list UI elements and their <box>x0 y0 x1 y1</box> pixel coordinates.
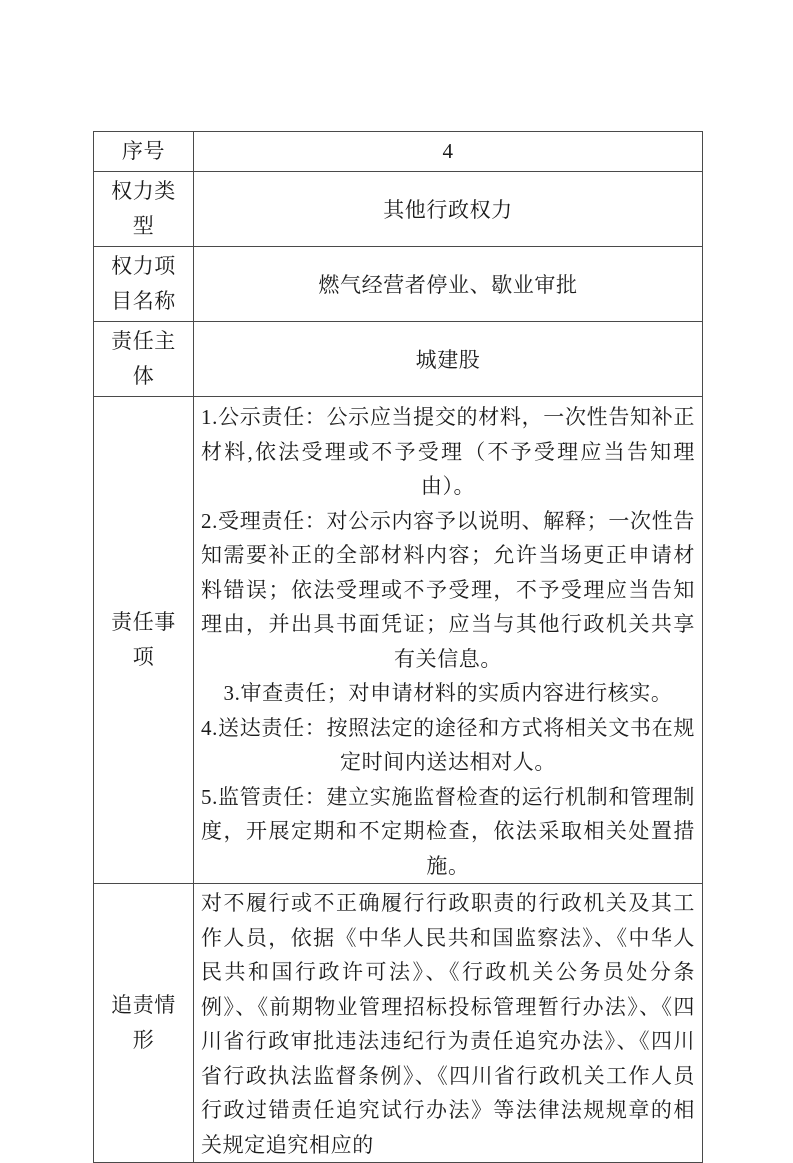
serial-number-value: 4 <box>194 132 703 172</box>
accountability-value: 对不履行或不正确履行行政职责的行政机关及其工作人员，依据《中华人民共和国监察法》… <box>194 884 703 1163</box>
power-item-name-label: 权力项 目名称 <box>94 247 194 322</box>
row-responsible-entity: 责任主 体 城建股 <box>94 322 703 397</box>
duty-items-label: 责任事 项 <box>94 397 194 884</box>
duty-paragraph-review: 3.审查责任；对申请材料的实质内容进行核实。 <box>201 676 695 711</box>
duty-paragraph-delivery: 4.送达责任：按照法定的途径和方式将相关文书在规定时间内送达相对人。 <box>201 711 695 780</box>
power-type-label: 权力类 型 <box>94 172 194 247</box>
row-serial-number: 序号 4 <box>94 132 703 172</box>
row-power-type: 权力类 型 其他行政权力 <box>94 172 703 247</box>
row-power-item-name: 权力项 目名称 燃气经营者停业、歇业审批 <box>94 247 703 322</box>
duty-paragraph-publicity: 1.公示责任：公示应当提交的材料，一次性告知补正材料,依法受理或不予受理（不予受… <box>201 400 695 504</box>
responsible-entity-value: 城建股 <box>194 322 703 397</box>
responsibility-list-table: 序号 4 权力类 型 其他行政权力 权力项 目名称 燃气经营者停业、歇业审批 责… <box>93 131 703 1163</box>
power-item-name-value: 燃气经营者停业、歇业审批 <box>194 247 703 322</box>
power-type-value: 其他行政权力 <box>194 172 703 247</box>
responsible-entity-label: 责任主 体 <box>94 322 194 397</box>
row-duty-items: 责任事 项 1.公示责任：公示应当提交的材料，一次性告知补正材料,依法受理或不予… <box>94 397 703 884</box>
row-accountability: 追责情 形 对不履行或不正确履行行政职责的行政机关及其工作人员，依据《中华人民共… <box>94 884 703 1163</box>
duty-items-value: 1.公示责任：公示应当提交的材料，一次性告知补正材料,依法受理或不予受理（不予受… <box>194 397 703 884</box>
accountability-label: 追责情 形 <box>94 884 194 1163</box>
serial-number-label: 序号 <box>94 132 194 172</box>
duty-paragraph-supervision: 5.监管责任：建立实施监督检查的运行机制和管理制度，开展定期和不定期检查，依法采… <box>201 780 695 884</box>
accountability-paragraph: 对不履行或不正确履行行政职责的行政机关及其工作人员，依据《中华人民共和国监察法》… <box>201 886 695 1162</box>
duty-paragraph-acceptance: 2.受理责任：对公示内容予以说明、解释；一次性告知需要补正的全部材料内容；允许当… <box>201 504 695 677</box>
